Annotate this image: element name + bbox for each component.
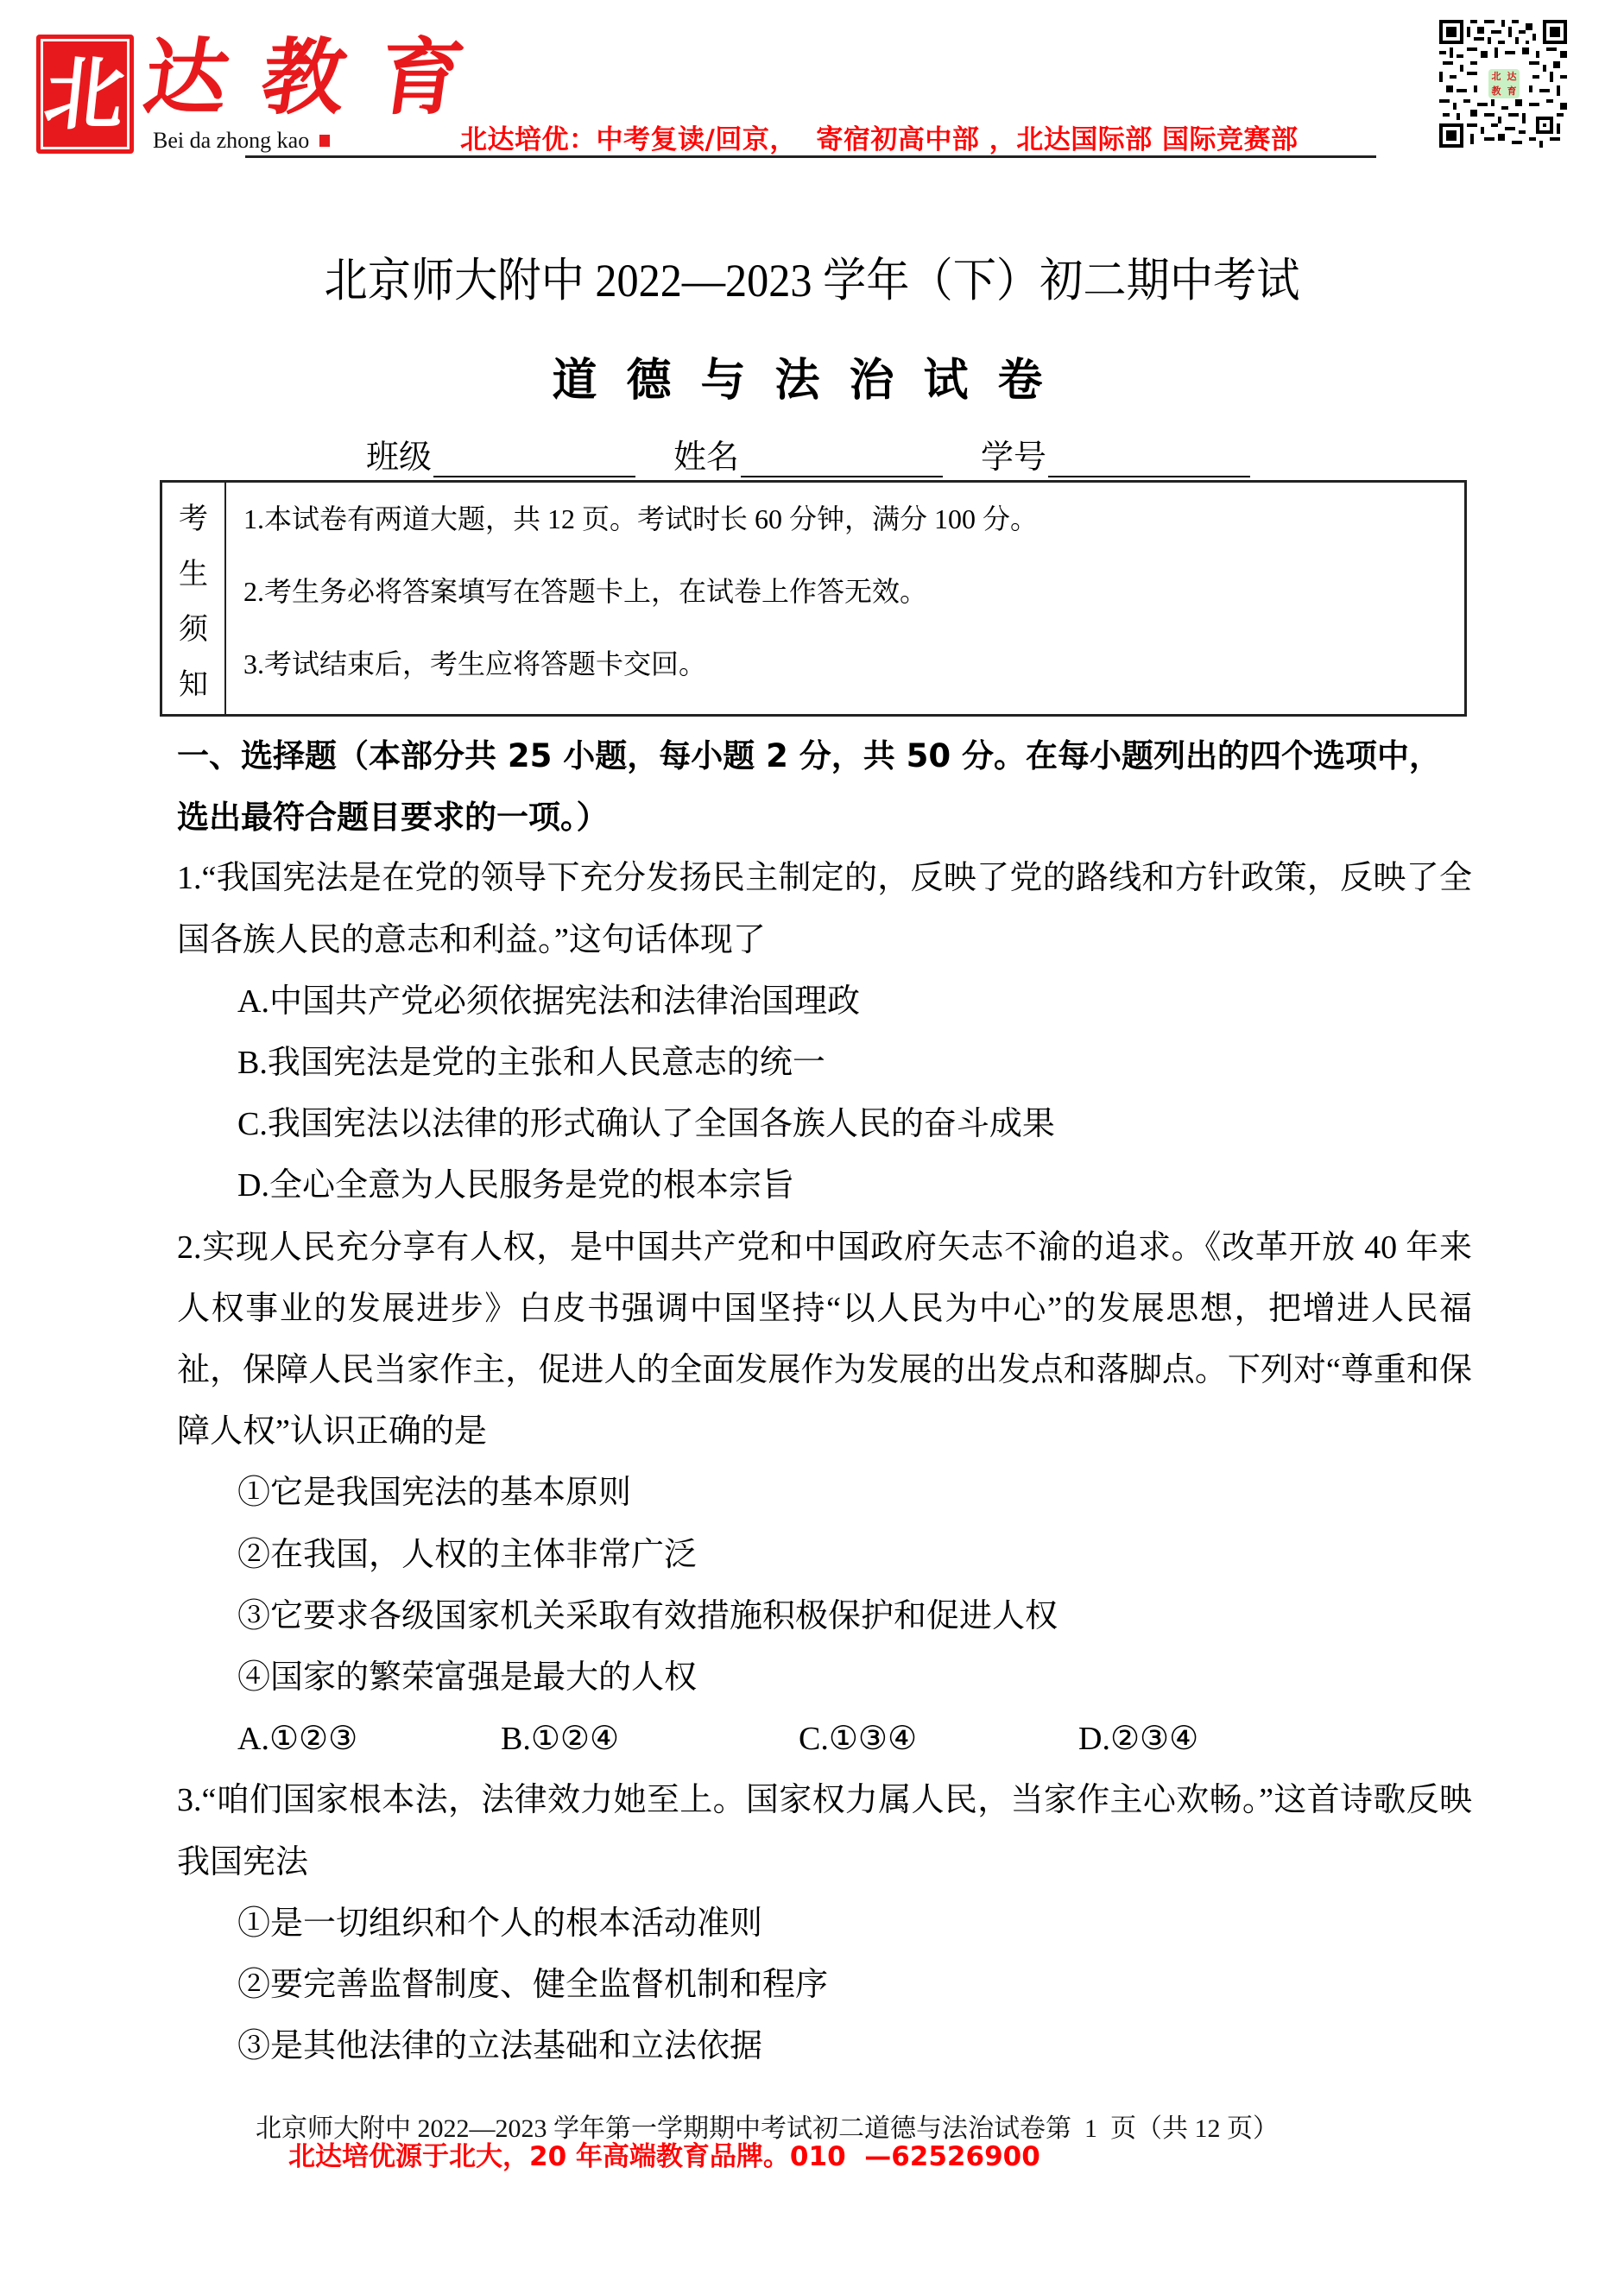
qr-badge-char: 育 bbox=[1507, 86, 1517, 96]
question-1-option-a[interactable]: A.中国共产党必须依据宪法和法律治国理政 bbox=[177, 971, 1472, 1033]
notes-item: 2.考生务必将答案填写在答题卡上，在试卷上作答无效。 bbox=[243, 571, 1464, 643]
question-2-statement: ②在我国，人权的主体非常广泛 bbox=[177, 1525, 1472, 1586]
question-3-statement: ③是其他法律的立法基础和立法依据 bbox=[177, 2016, 1472, 2077]
notes-label-char: 须 bbox=[179, 605, 208, 648]
student-id-blank[interactable] bbox=[1048, 443, 1250, 477]
exam-notes-box: 考 生 须 知 1.本试卷有两道大题，共 12 页。考试时长 60 分钟，满分 … bbox=[160, 480, 1467, 717]
question-1-option-c[interactable]: C.我国宪法以法律的形式确认了全国各族人民的奋斗成果 bbox=[177, 1094, 1472, 1155]
red-square-icon bbox=[319, 135, 330, 147]
notes-label-char: 生 bbox=[179, 550, 208, 592]
brand-subtitle: Bei da zhong kao bbox=[153, 128, 330, 154]
question-2-choice-d[interactable]: D.②③④ bbox=[1078, 1709, 1198, 1770]
exam-body: 一、选择题（本部分共 25 小题，每小题 2 分，共 50 分。在每小题列出的四… bbox=[177, 725, 1472, 2077]
question-2-choices: A.①②③ B.①②④ C.①③④ D.②③④ bbox=[177, 1709, 1472, 1770]
footer-advertisement: 北达培优源于北大，20 年高端教育品牌。010 —62526900 bbox=[288, 2134, 1040, 2173]
question-3-stem: 3.“咱们国家根本法，法律效力她至上。国家权力属人民，当家作主心欢畅。”这首诗歌… bbox=[177, 1770, 1472, 1893]
question-3-statement: ①是一切组织和个人的根本活动准则 bbox=[177, 1893, 1472, 1955]
question-2-choice-b[interactable]: B.①②④ bbox=[501, 1709, 799, 1770]
exam-subject-title: 道德与法治试卷 bbox=[0, 344, 1624, 408]
name-blank[interactable] bbox=[741, 443, 943, 477]
qr-badge-char: 教 bbox=[1492, 86, 1501, 96]
brand-char: 教 bbox=[256, 36, 351, 119]
student-info-row: 班级 姓名 学号 bbox=[366, 430, 1288, 477]
header-divider bbox=[245, 155, 1376, 158]
qr-center-badge: 北 达 教 育 bbox=[1488, 69, 1520, 98]
question-2-choice-c[interactable]: C.①③④ bbox=[799, 1709, 1078, 1770]
class-field: 班级 bbox=[366, 430, 635, 477]
notes-list: 1.本试卷有两道大题，共 12 页。考试时长 60 分钟，满分 100 分。 2… bbox=[226, 483, 1464, 714]
question-2-statement: ①它是我国宪法的基本原则 bbox=[177, 1463, 1472, 1524]
brand-char: 育 bbox=[374, 36, 468, 119]
qr-code: 北 达 教 育 bbox=[1439, 19, 1567, 149]
notes-label: 考 生 须 知 bbox=[162, 483, 226, 714]
exam-title: 北京师大附中 2022—2023 学年（下）初二期中考试 bbox=[57, 243, 1567, 310]
student-id-label: 学号 bbox=[981, 430, 1046, 477]
question-1-option-b[interactable]: B.我国宪法是党的主张和人民意志的统一 bbox=[177, 1033, 1472, 1094]
qr-badge-char: 北 bbox=[1492, 72, 1501, 81]
qr-badge-char: 达 bbox=[1507, 72, 1517, 81]
brand-name: 达 教 育 bbox=[145, 36, 463, 131]
question-2-choice-a[interactable]: A.①②③ bbox=[237, 1709, 501, 1770]
student-id-field: 学号 bbox=[981, 430, 1250, 477]
notes-item: 1.本试卷有两道大题，共 12 页。考试时长 60 分钟，满分 100 分。 bbox=[243, 498, 1464, 571]
section-heading: 一、选择题（本部分共 25 小题，每小题 2 分，共 50 分。在每小题列出的四… bbox=[177, 725, 1472, 848]
logo-seal: 北 bbox=[36, 35, 134, 154]
question-1-stem: 1.“我国宪法是在党的领导下充分发扬民主制定的，反映了党的路线和方针政策，反映了… bbox=[177, 848, 1472, 970]
question-3-statement: ②要完善监督制度、健全监督机制和程序 bbox=[177, 1955, 1472, 2016]
question-1-option-d[interactable]: D.全心全意为人民服务是党的根本宗旨 bbox=[177, 1155, 1472, 1217]
question-2-statement: ④国家的繁荣富强是最大的人权 bbox=[177, 1647, 1472, 1709]
class-label: 班级 bbox=[366, 430, 432, 477]
name-label: 姓名 bbox=[673, 430, 739, 477]
question-2-statement: ③它要求各级国家机关采取有效措施积极保护和促进人权 bbox=[177, 1586, 1472, 1647]
notes-item: 3.考试结束后，考生应将答题卡交回。 bbox=[243, 643, 1464, 716]
header-slogan: 北达培优：中考复读/回京， 寄宿初高中部 ，北达国际部 国际竞赛部 bbox=[460, 117, 1299, 156]
name-field: 姓名 bbox=[673, 430, 943, 477]
question-2-stem: 2.实现人民充分享有人权，是中国共产党和中国政府矢志不渝的追求。《改革开放 40… bbox=[177, 1217, 1472, 1463]
logo-seal-char: 北 bbox=[41, 54, 130, 134]
brand-char: 达 bbox=[139, 36, 233, 119]
notes-label-char: 考 bbox=[179, 495, 208, 537]
brand-subtitle-text: Bei da zhong kao bbox=[153, 128, 309, 154]
notes-label-char: 知 bbox=[179, 660, 208, 703]
class-blank[interactable] bbox=[433, 443, 635, 477]
